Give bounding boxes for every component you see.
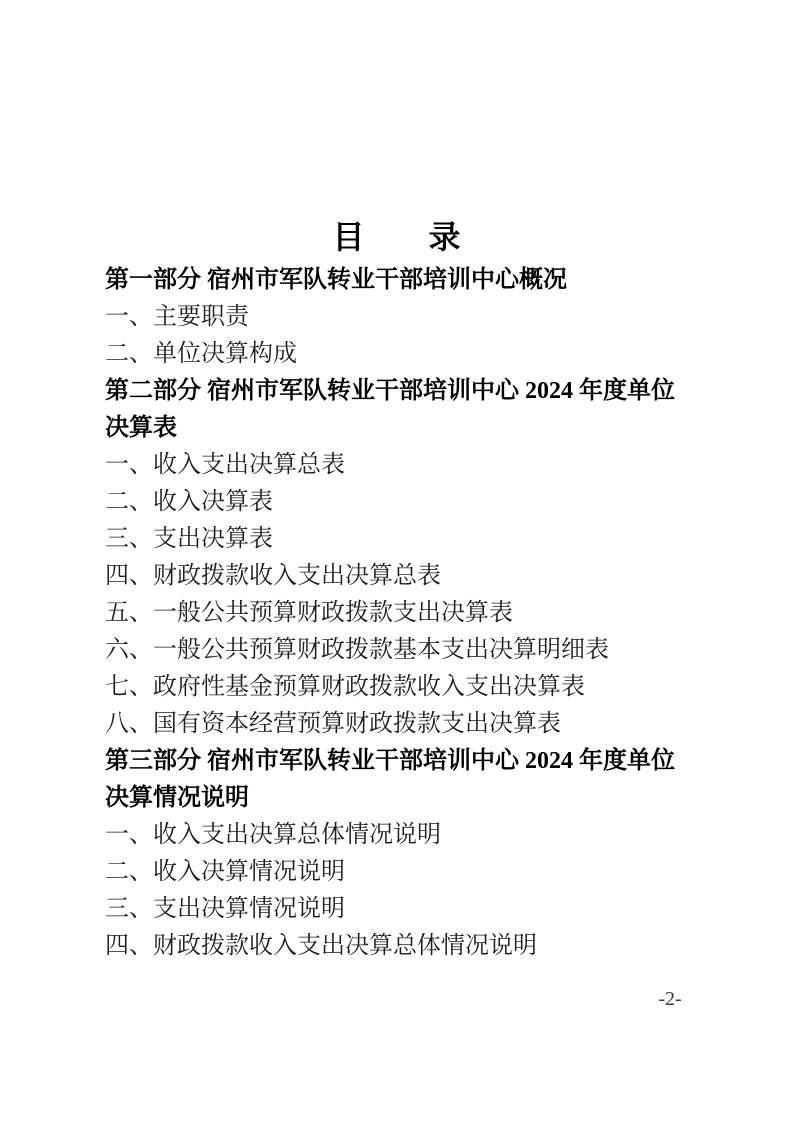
toc-item: 七、政府性基金预算财政拨款收入支出决算表 xyxy=(105,669,705,706)
toc-item: 二、收入决算情况说明 xyxy=(105,854,705,891)
toc-item: 三、支出决算情况说明 xyxy=(105,891,705,928)
toc-section-heading: 决算表 xyxy=(105,410,705,447)
page-number: -2- xyxy=(640,986,700,1012)
toc-item: 一、主要职责 xyxy=(105,299,705,336)
page-title: 目 录 xyxy=(0,216,793,258)
toc-item: 四、财政拨款收入支出决算总体情况说明 xyxy=(105,928,705,965)
toc-item: 四、财政拨款收入支出决算总表 xyxy=(105,558,705,595)
toc-item: 三、支出决算表 xyxy=(105,521,705,558)
toc-item: 八、国有资本经营预算财政拨款支出决算表 xyxy=(105,706,705,743)
toc-item: 一、收入支出决算总体情况说明 xyxy=(105,817,705,854)
toc-item: 二、单位决算构成 xyxy=(105,336,705,373)
toc-item: 五、一般公共预算财政拨款支出决算表 xyxy=(105,595,705,632)
toc-section-heading: 第三部分 宿州市军队转业干部培训中心 2024 年度单位 xyxy=(105,743,705,780)
toc-section-heading: 决算情况说明 xyxy=(105,780,705,817)
toc-section-heading: 第一部分 宿州市军队转业干部培训中心概况 xyxy=(105,262,705,299)
toc-item: 六、一般公共预算财政拨款基本支出决算明细表 xyxy=(105,632,705,669)
toc-item: 一、收入支出决算总表 xyxy=(105,447,705,484)
document-page: 目 录 第一部分 宿州市军队转业干部培训中心概况一、主要职责二、单位决算构成第二… xyxy=(0,0,793,1122)
table-of-contents: 第一部分 宿州市军队转业干部培训中心概况一、主要职责二、单位决算构成第二部分 宿… xyxy=(105,262,705,965)
toc-section-heading: 第二部分 宿州市军队转业干部培训中心 2024 年度单位 xyxy=(105,373,705,410)
toc-item: 二、收入决算表 xyxy=(105,484,705,521)
